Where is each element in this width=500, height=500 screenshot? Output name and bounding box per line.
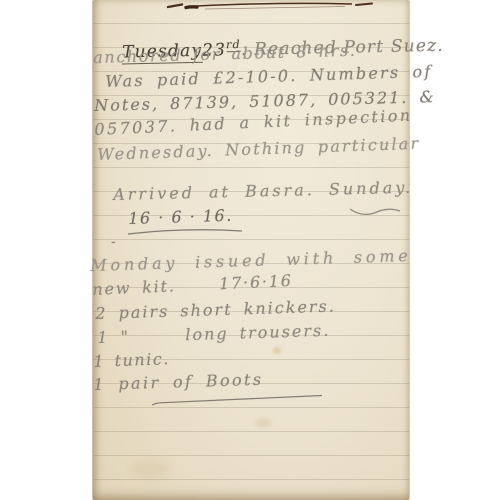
stray-pencil-dash: -: [111, 234, 116, 250]
photo-background: Tuesday23rd. Reached Port Suez. anchored…: [0, 0, 500, 500]
handwritten-line-date-16-6-16: 16 · 6 · 16.: [128, 206, 233, 228]
handwritten-line-tunic: 1 tunic.: [93, 349, 170, 371]
